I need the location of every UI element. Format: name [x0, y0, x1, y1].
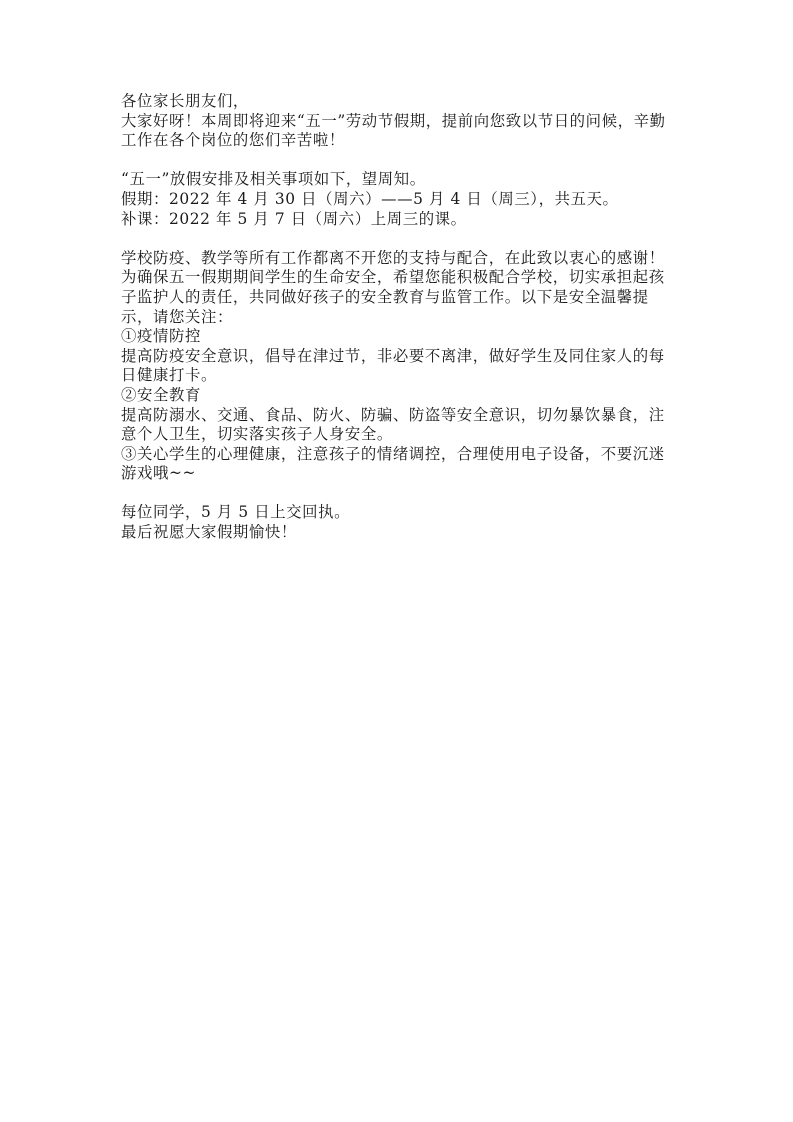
tip-title-mental-health: ③关心学生的心理健康，注意孩子的情绪调控，合理使用电子设备，不要沉迷游戏哦~~	[121, 445, 677, 484]
spacer	[121, 151, 677, 171]
tip-title-safety: ②安全教育	[121, 386, 677, 406]
intro-paragraph: 大家好呀！本周即将迎来“五一”劳动节假期，提前向您致以节日的问候，辛勤工作在各个…	[121, 112, 677, 151]
greeting: 各位家长朋友们，	[121, 92, 677, 112]
tip-body-safety: 提高防溺水、交通、食品、防火、防骗、防盗等安全意识，切勿暴饮暴食，注意个人卫生，…	[121, 406, 677, 445]
makeup-class: 补课：2022 年 5 月 7 日（周六）上周三的课。	[121, 210, 677, 230]
safety-intro-paragraph: 学校防疫、教学等所有工作都离不开您的支持与配合，在此致以衷心的感谢！为确保五一假…	[121, 249, 677, 327]
schedule-heading: “五一”放假安排及相关事项如下，望周知。	[121, 170, 677, 190]
receipt-notice: 每位同学，5 月 5 日上交回执。	[121, 503, 677, 523]
tip-title-epidemic: ①疫情防控	[121, 327, 677, 347]
spacer	[121, 229, 677, 249]
closing-wish: 最后祝愿大家假期愉快！	[121, 523, 677, 543]
document-page: 各位家长朋友们， 大家好呀！本周即将迎来“五一”劳动节假期，提前向您致以节日的问…	[121, 92, 677, 543]
tip-body-epidemic: 提高防疫安全意识，倡导在津过节，非必要不离津，做好学生及同住家人的每日健康打卡。	[121, 347, 677, 386]
spacer	[121, 484, 677, 504]
holiday-dates: 假期：2022 年 4 月 30 日（周六）——5 月 4 日（周三），共五天。	[121, 190, 677, 210]
